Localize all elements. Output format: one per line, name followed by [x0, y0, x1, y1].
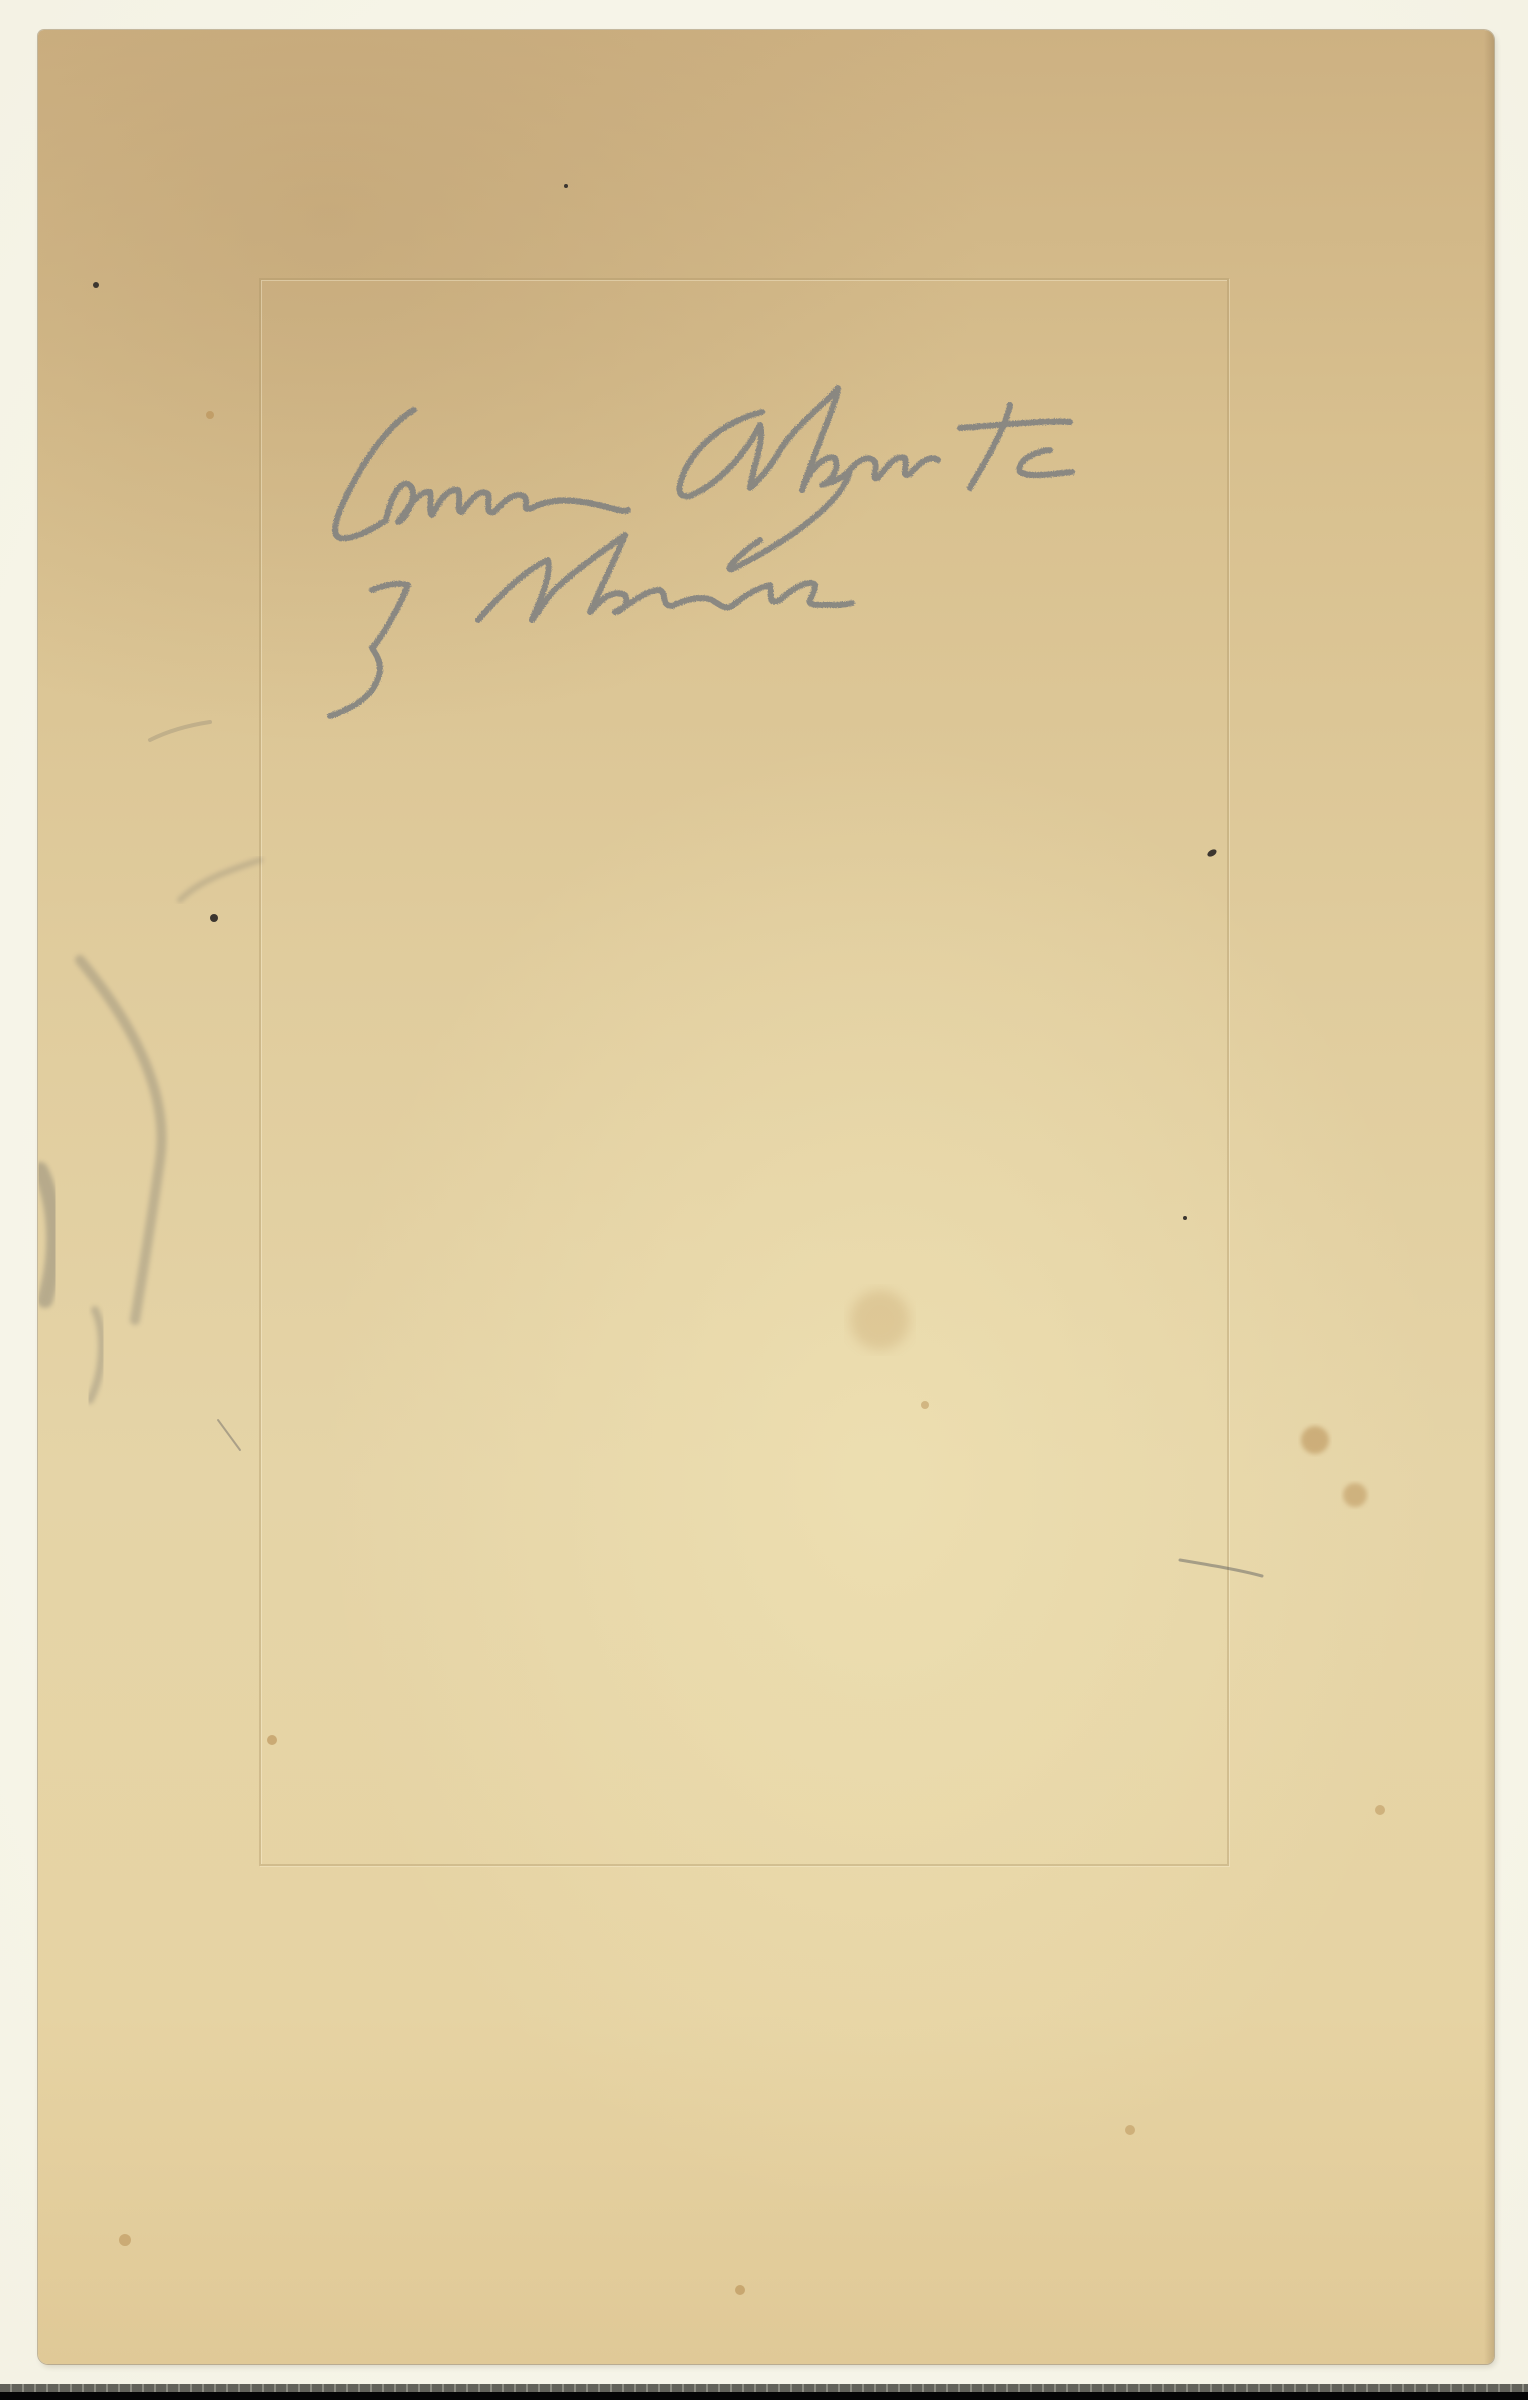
- marks-layer: [0, 0, 1528, 2400]
- graphite-smudges: [40, 722, 1262, 1576]
- foxing-stains: [119, 411, 1385, 2295]
- scanner-edge-band: [0, 2384, 1528, 2392]
- scanner-black-strip: [0, 2392, 1528, 2400]
- dark-specks: [93, 184, 1218, 1220]
- pencil-inscription: [330, 388, 1072, 716]
